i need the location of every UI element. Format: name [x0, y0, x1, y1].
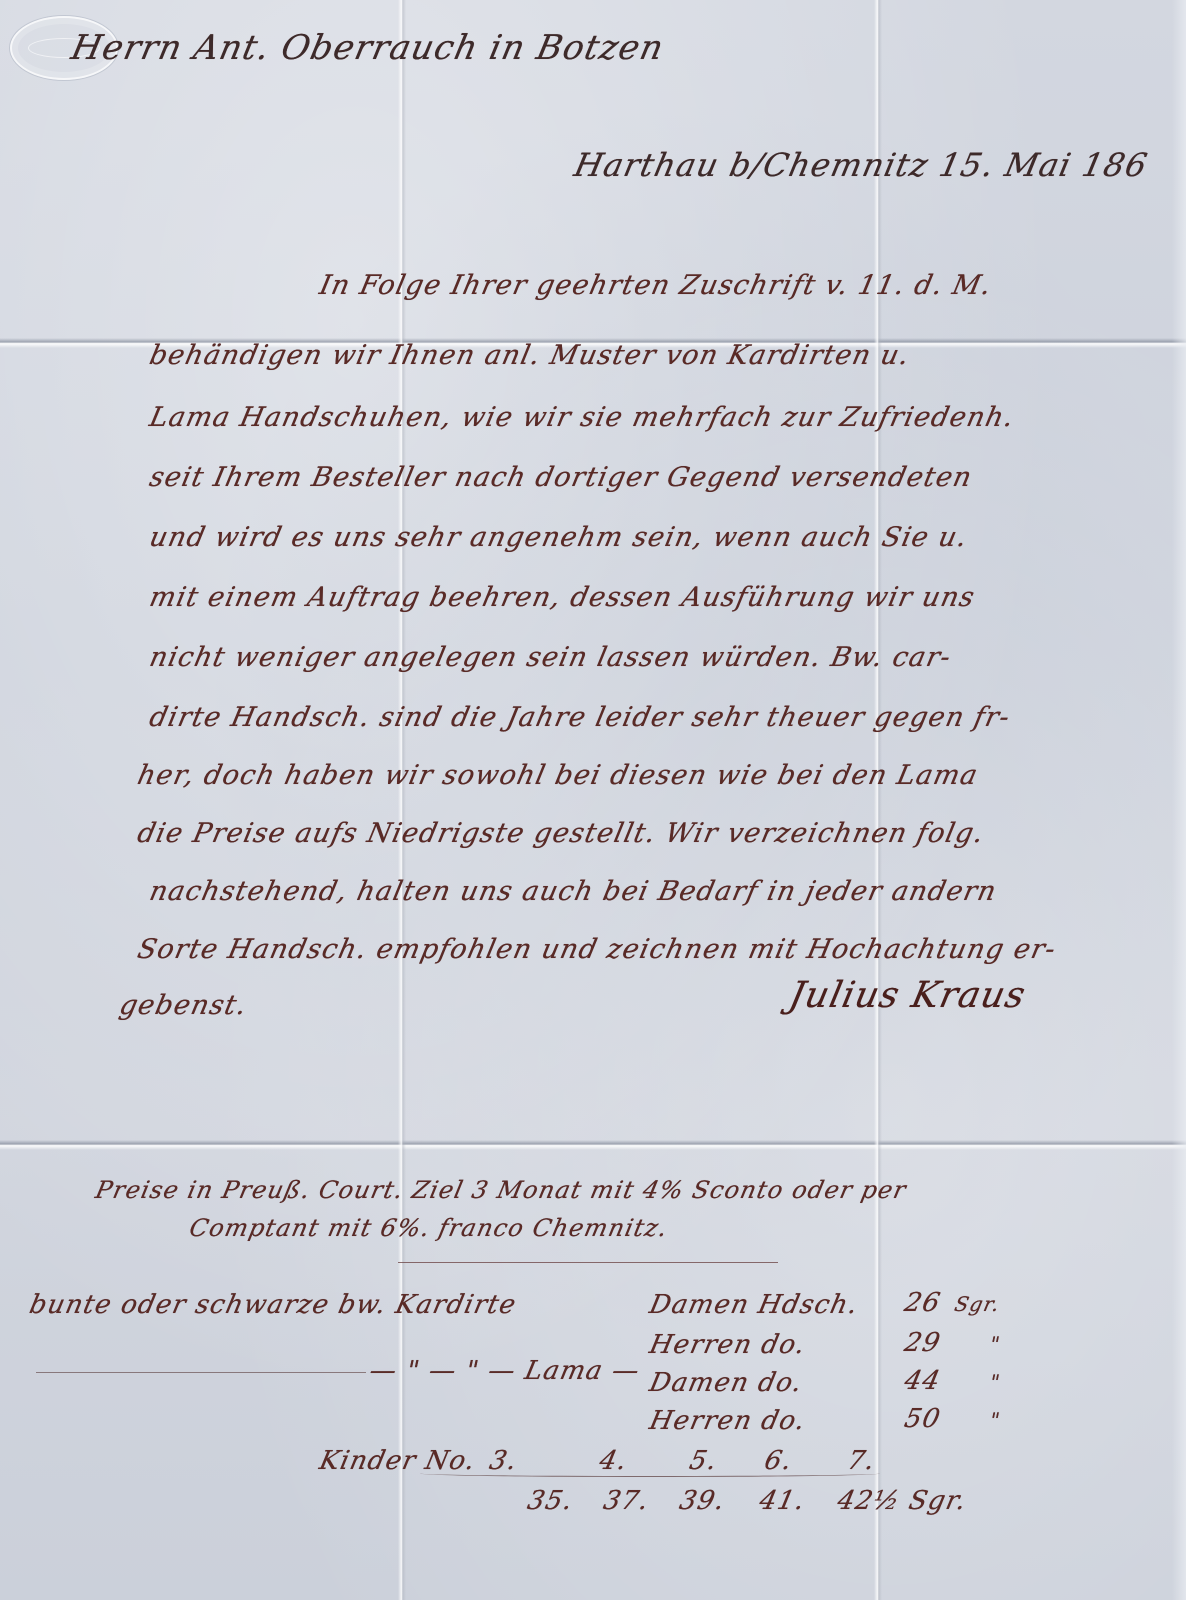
price-value: 29: [902, 1328, 944, 1358]
children-price: 39.: [677, 1486, 728, 1516]
body-line: nicht weniger angelegen sein lassen würd…: [147, 642, 955, 673]
price-unit: ": [987, 1408, 1003, 1432]
price-value: 44: [902, 1366, 944, 1396]
body-line: Lama Handschuhen, wie wir sie mehrfach z…: [147, 402, 1018, 433]
price-value: 50: [902, 1404, 944, 1434]
body-line: und wird es uns sehr angenehm sein, wenn…: [147, 522, 971, 553]
body-line: behändigen wir Ihnen anl. Muster von Kar…: [147, 340, 913, 371]
price-unit: ": [987, 1332, 1003, 1356]
price-row-description: — " — " — Lama —: [367, 1356, 643, 1386]
price-row-item: Damen Hdsch.: [647, 1290, 861, 1320]
price-row-item: Herren do.: [647, 1406, 809, 1436]
body-line: gebenst.: [117, 990, 250, 1021]
divider-rule: [398, 1262, 778, 1263]
children-price: 35.: [525, 1486, 576, 1516]
children-price: 37.: [601, 1486, 652, 1516]
body-line: die Preise aufs Niedrigste gestellt. Wir…: [135, 818, 988, 849]
vertical-fold-crease: [874, 0, 882, 1600]
place-and-date: Harthau b/Chemnitz 15. Mai 186: [571, 146, 1151, 184]
price-row-item: Damen do.: [647, 1368, 806, 1398]
page-edge: [1172, 0, 1186, 1600]
price-unit: Sgr.: [952, 1292, 1002, 1316]
price-conditions-line-2: Comptant mit 6%. franco Chemnitz.: [187, 1214, 671, 1242]
body-line: In Folge Ihrer geehrten Zuschrift v. 11.…: [317, 270, 995, 301]
recipient-address: Herrn Ant. Oberrauch in Botzen: [68, 28, 668, 68]
price-row-item: Herren do.: [647, 1330, 809, 1360]
price-conditions-line-1: Preise in Preuß. Court. Ziel 3 Monat mit…: [93, 1176, 909, 1204]
body-line: nachstehend, halten uns auch bei Bedarf …: [147, 876, 1000, 907]
horizontal-fold-crease: [0, 1140, 1186, 1150]
signature: Julius Kraus: [786, 975, 1030, 1016]
body-line: mit einem Auftrag beehren, dessen Ausfüh…: [147, 582, 978, 613]
children-price: 42½ Sgr.: [835, 1486, 970, 1516]
price-unit: ": [987, 1370, 1003, 1394]
wavy-underline: [420, 1470, 880, 1477]
body-line: dirte Handsch. sind die Jahre leider seh…: [147, 702, 1014, 733]
body-line: Sorte Handsch. empfohlen und zeichnen mi…: [135, 934, 1059, 965]
letter-page: Herrn Ant. Oberrauch in Botzen Harthau b…: [0, 0, 1186, 1600]
children-price: 41.: [757, 1486, 808, 1516]
body-line: her, doch haben wir sowohl bei diesen wi…: [135, 760, 981, 791]
price-row-description: bunte oder schwarze bw. Kardirte: [27, 1290, 520, 1320]
ditto-dash: [36, 1372, 366, 1373]
body-line: seit Ihrem Besteller nach dortiger Gegen…: [147, 462, 976, 493]
price-value: 26: [902, 1288, 944, 1318]
